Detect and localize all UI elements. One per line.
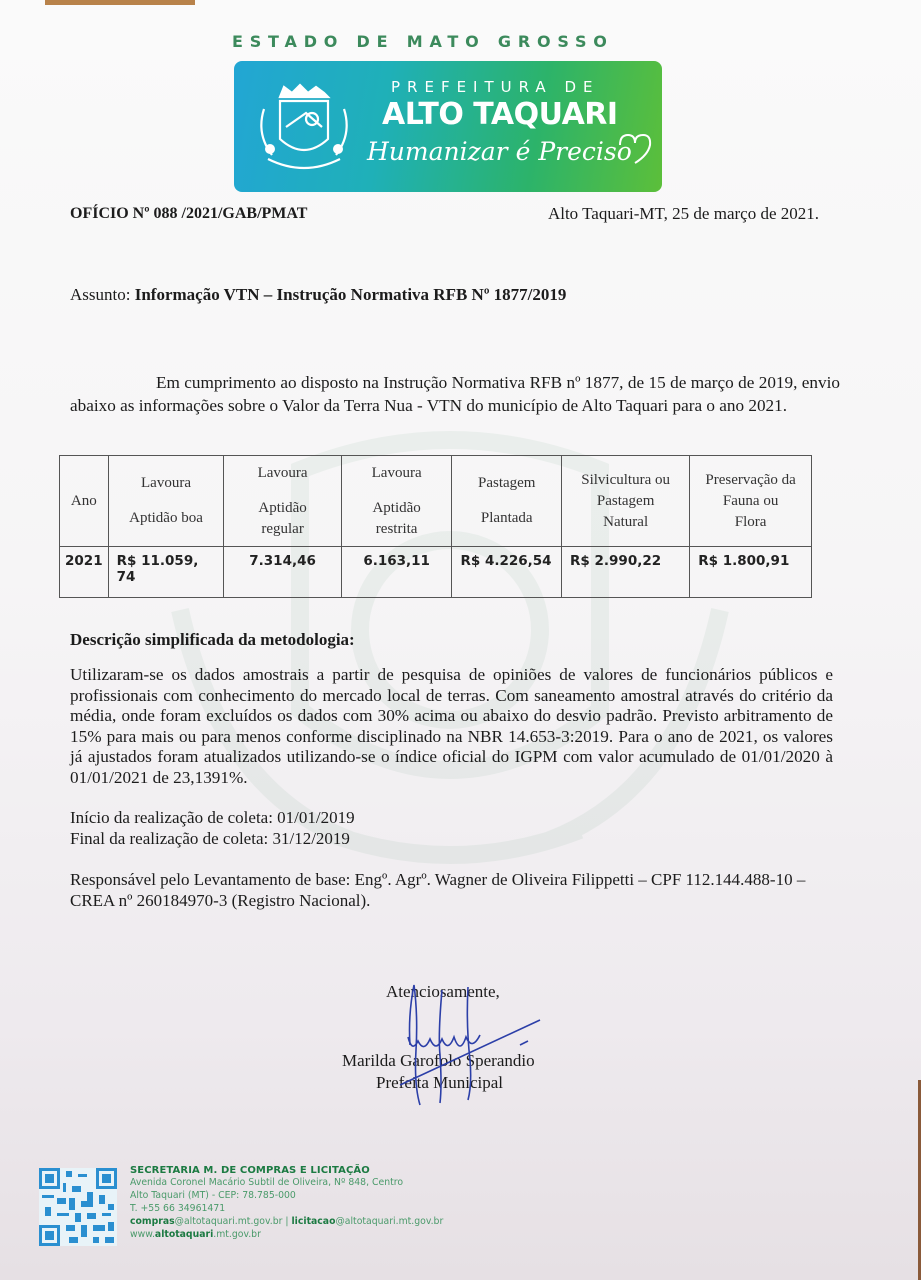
handwritten-signature bbox=[380, 975, 550, 1110]
intro-paragraph: Em cumprimento ao disposto na Instrução … bbox=[70, 371, 840, 417]
heart-icon bbox=[616, 131, 654, 167]
cell-lavoura-boa: R$ 11.059, 74 bbox=[108, 547, 224, 598]
header-silvicultura: Silvicultura ou Pastagem Natural bbox=[562, 456, 690, 547]
coat-of-arms-icon bbox=[246, 79, 362, 179]
slogan: Humanizar é Preciso bbox=[367, 137, 632, 166]
responsible-engineer: Responsável pelo Levantamento de base: E… bbox=[70, 870, 833, 911]
prefeitura-banner: PREFEITURA DE ALTO TAQUARI Humanizar é P… bbox=[234, 61, 662, 192]
footer-city: Alto Taquari (MT) - CEP: 78.785-000 bbox=[130, 1189, 443, 1202]
state-title: ESTADO DE MATO GROSSO bbox=[232, 32, 668, 51]
cell-lavoura-regular: 7.314,46 bbox=[224, 547, 341, 598]
paper-background-edge bbox=[45, 0, 195, 5]
vtn-table: Ano Lavoura Aptidão boa Lavoura Aptidão … bbox=[59, 455, 812, 598]
prefeitura-label: PREFEITURA DE bbox=[391, 78, 600, 96]
methodology-body: Utilizaram-se os dados amostrais a parti… bbox=[70, 665, 833, 788]
table-row: 2021 R$ 11.059, 74 7.314,46 6.163,11 R$ … bbox=[60, 547, 812, 598]
header-lavoura-boa: Lavoura Aptidão boa bbox=[108, 456, 224, 547]
place-date: Alto Taquari-MT, 25 de março de 2021. bbox=[548, 204, 819, 224]
cell-pastagem-plantada: R$ 4.226,54 bbox=[452, 547, 562, 598]
qr-code[interactable] bbox=[39, 1168, 117, 1246]
footer-website-link[interactable]: www.altotaquari.mt.gov.br bbox=[130, 1228, 443, 1241]
collection-end: Final da realização de coleta: 31/12/201… bbox=[70, 829, 355, 850]
cell-lavoura-restrita: 6.163,11 bbox=[341, 547, 452, 598]
header-preservacao: Preservação da Fauna ou Flora bbox=[690, 456, 812, 547]
footer-emails: compras@altotaquari.mt.gov.br | licitaca… bbox=[130, 1215, 443, 1228]
oficio-number: OFÍCIO Nº 088 /2021/GAB/PMAT bbox=[70, 205, 307, 223]
footer-address: Avenida Coronel Macário Subtil de Olivei… bbox=[130, 1176, 443, 1189]
table-header-row: Ano Lavoura Aptidão boa Lavoura Aptidão … bbox=[60, 456, 812, 547]
footer-contact: SECRETARIA M. DE COMPRAS E LICITAÇÃO Ave… bbox=[130, 1165, 443, 1241]
subject-line: Assunto: Informação VTN – Instrução Norm… bbox=[70, 285, 566, 305]
email-licitacao-link[interactable]: licitacao@altotaquari.mt.gov.br bbox=[292, 1216, 444, 1227]
collection-start: Início da realização de coleta: 01/01/20… bbox=[70, 808, 355, 829]
collection-period: Início da realização de coleta: 01/01/20… bbox=[70, 808, 355, 849]
email-compras-link[interactable]: compras@altotaquari.mt.gov.br bbox=[130, 1216, 282, 1227]
header-lavoura-restrita: Lavoura Aptidão restrita bbox=[341, 456, 452, 547]
header-ano: Ano bbox=[60, 456, 109, 547]
footer-phone: T. +55 66 34961471 bbox=[130, 1202, 443, 1215]
footer-department: SECRETARIA M. DE COMPRAS E LICITAÇÃO bbox=[130, 1165, 443, 1176]
subject-label: Assunto: bbox=[70, 285, 130, 304]
methodology-title: Descrição simplificada da metodologia: bbox=[70, 630, 355, 650]
cell-year: 2021 bbox=[60, 547, 109, 598]
cell-preservacao: R$ 1.800,91 bbox=[690, 547, 812, 598]
header-pastagem-plantada: Pastagem Plantada bbox=[452, 456, 562, 547]
city-name: ALTO TAQUARI bbox=[382, 97, 618, 132]
cell-silvicultura: R$ 2.990,22 bbox=[562, 547, 690, 598]
subject-text: Informação VTN – Instrução Normativa RFB… bbox=[135, 285, 567, 304]
header-lavoura-regular: Lavoura Aptidão regular bbox=[224, 456, 341, 547]
